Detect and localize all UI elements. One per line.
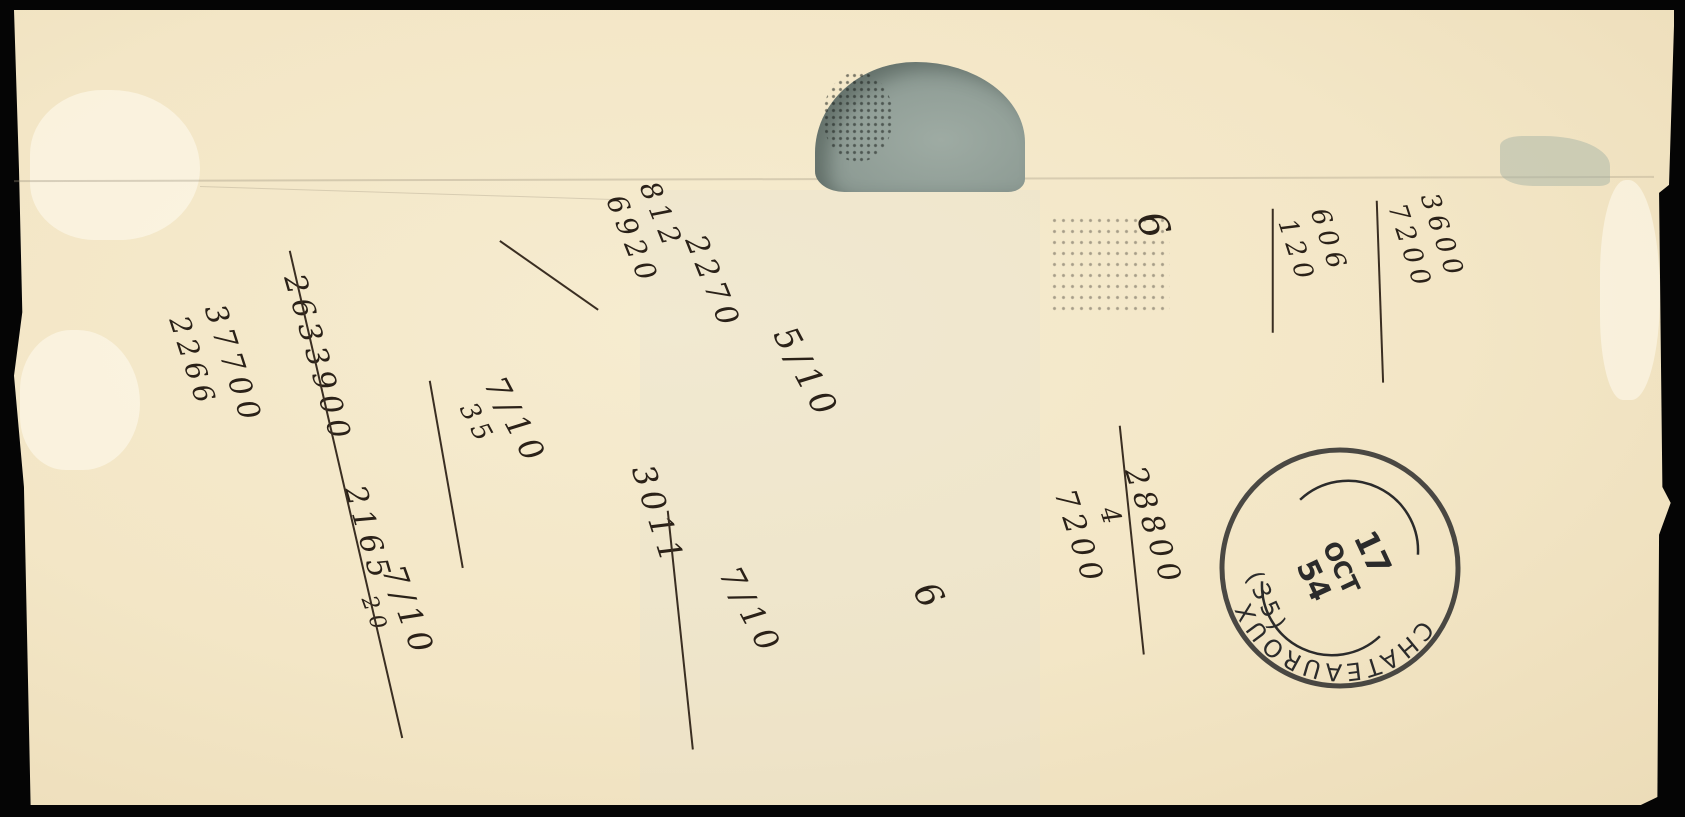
sum-line xyxy=(1272,209,1274,333)
paper-tear xyxy=(20,330,140,470)
postmark-cancel: CHATEAUROUX 17 OCT 54 (35) xyxy=(1215,443,1465,693)
ink-specks xyxy=(1050,215,1170,315)
